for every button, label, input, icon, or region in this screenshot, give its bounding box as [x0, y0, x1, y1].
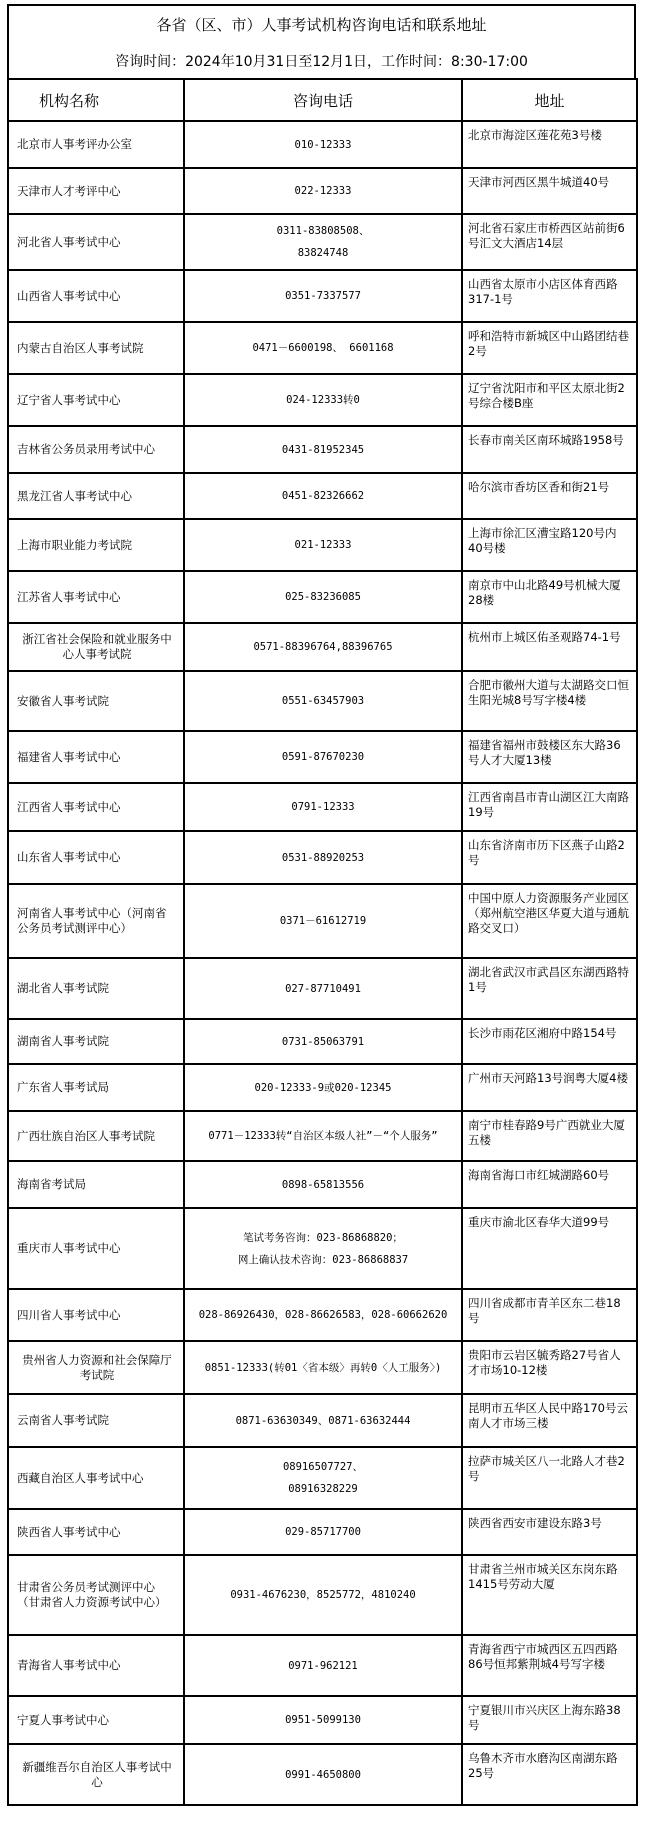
phone-number: 0871-63630349、0871-63632444	[191, 1410, 455, 1432]
table-row: 海南省考试局0898-65813556海南省海口市红城湖路60号	[8, 1161, 637, 1208]
phone-cell: 0898-65813556	[184, 1161, 462, 1208]
table-row: 江苏省人事考试中心025-83236085南京市中山北路49号机械大厦28楼	[8, 571, 637, 623]
address: 哈尔滨市香坊区香和街21号	[462, 473, 637, 519]
institution-name: 江西省人事考试中心	[8, 783, 184, 831]
institution-name: 西藏自治区人事考试中心	[8, 1447, 184, 1509]
phone-number: 0731-85063791	[191, 1031, 455, 1053]
table-row: 广西壮族自治区人事考试院0771－12333转“自治区本级人社”－“个人服务”南…	[8, 1111, 637, 1161]
institution-name: 安徽省人事考试院	[8, 671, 184, 731]
phone-cell: 0971-962121	[184, 1635, 462, 1696]
phone-number: 0311-83808508、	[191, 220, 455, 242]
address: 广州市天河路13号润粤大厦4楼	[462, 1064, 637, 1111]
phone-number: 0431-81952345	[191, 439, 455, 461]
table-row: 吉林省公务员录用考试中心0431-81952345长春市南关区南环城路1958号	[8, 426, 637, 473]
institution-name: 吉林省公务员录用考试中心	[8, 426, 184, 473]
phone-number: 83824748	[191, 242, 455, 264]
table-row: 浙江省社会保险和就业服务中心人事考试院0571-88396764,8839676…	[8, 623, 637, 671]
institution-name: 江苏省人事考试中心	[8, 571, 184, 623]
phone-cell: 0771－12333转“自治区本级人社”－“个人服务”	[184, 1111, 462, 1161]
table-row: 湖南省人事考试院0731-85063791长沙市雨花区湘府中路154号	[8, 1019, 637, 1064]
phone-cell: 029-85717700	[184, 1509, 462, 1555]
table-row: 湖北省人事考试院027-87710491湖北省武汉市武昌区东湖西路特1号	[8, 958, 637, 1019]
phone-cell: 022-12333	[184, 168, 462, 214]
table-row: 安徽省人事考试院0551-63457903合肥市徽州大道与太湖路交口恒生阳光城8…	[8, 671, 637, 731]
table-header-row: 机构名称 咨询电话 地址	[8, 79, 637, 121]
phone-number: 0571-88396764,88396765	[191, 636, 455, 658]
phone-cell: 025-83236085	[184, 571, 462, 623]
phone-number: 08916328229	[191, 1478, 455, 1500]
phone-number: 0991-4650800	[191, 1764, 455, 1786]
institution-name: 内蒙古自治区人事考试院	[8, 322, 184, 374]
address: 昆明市五华区人民中路170号云南人才市场三楼	[462, 1394, 637, 1447]
table-row: 四川省人事考试中心028-86926430，028-86626583，028-6…	[8, 1289, 637, 1341]
phone-number: 0791-12333	[191, 796, 455, 818]
phone-cell: 笔试考务咨询：023-86868820；网上确认技术咨询：023-8686883…	[184, 1208, 462, 1289]
phone-cell: 0951-5099130	[184, 1696, 462, 1744]
address: 甘肃省兰州市城关区东岗东路1415号劳动大厦	[462, 1555, 637, 1635]
institution-name: 辽宁省人事考试中心	[8, 374, 184, 426]
phone-cell: 0591-87670230	[184, 731, 462, 783]
header-address: 地址	[462, 79, 637, 121]
institution-name: 宁夏人事考试中心	[8, 1696, 184, 1744]
phone-number: 025-83236085	[191, 586, 455, 608]
institution-name: 新疆维吾尔自治区人事考试中心	[8, 1744, 184, 1805]
table-row: 新疆维吾尔自治区人事考试中心0991-4650800乌鲁木齐市水磨沟区南湖东路2…	[8, 1744, 637, 1805]
contact-table-sheet: 各省（区、市）人事考试机构咨询电话和联系地址 咨询时间：2024年10月31日至…	[7, 4, 636, 1806]
phone-cell: 0551-63457903	[184, 671, 462, 731]
consultation-hours: 咨询时间：2024年10月31日至12月1日，工作时间：8:30-17:00	[9, 51, 634, 71]
phone-number: 024-12333转0	[191, 389, 455, 411]
phone-number: 0851-12333(转01〈省本级〉再转0〈人工服务〉)	[191, 1357, 455, 1379]
phone-number: 0351-7337577	[191, 285, 455, 307]
phone-number: 022-12333	[191, 180, 455, 202]
phone-number: 029-85717700	[191, 1521, 455, 1543]
phone-cell: 010-12333	[184, 121, 462, 168]
institution-name: 山西省人事考试中心	[8, 270, 184, 322]
table-row: 山东省人事考试中心0531-88920253山东省济南市历下区燕子山路2号	[8, 831, 637, 884]
header-institution-name: 机构名称	[8, 79, 184, 121]
phone-number: 笔试考务咨询：023-86868820；	[191, 1227, 455, 1249]
institution-name: 青海省人事考试中心	[8, 1635, 184, 1696]
address: 山东省济南市历下区燕子山路2号	[462, 831, 637, 884]
title-block: 各省（区、市）人事考试机构咨询电话和联系地址 咨询时间：2024年10月31日至…	[7, 4, 636, 78]
table-row: 甘肃省公务员考试测评中心（甘肃省人力资源考试中心）0931-4676230，85…	[8, 1555, 637, 1635]
phone-number: 028-86926430，028-86626583，028-60662620	[191, 1304, 455, 1326]
phone-number: 010-12333	[191, 134, 455, 156]
institution-name: 北京市人事考评办公室	[8, 121, 184, 168]
address: 合肥市徽州大道与太湖路交口恒生阳光城8号写字楼4楼	[462, 671, 637, 731]
address: 杭州市上城区佑圣观路74-1号	[462, 623, 637, 671]
institution-name: 广东省人事考试局	[8, 1064, 184, 1111]
table-row: 天津市人才考评中心022-12333天津市河西区黑牛城道40号	[8, 168, 637, 214]
institution-name: 浙江省社会保险和就业服务中心人事考试院	[8, 623, 184, 671]
institution-name: 黑龙江省人事考试中心	[8, 473, 184, 519]
phone-number: 0898-65813556	[191, 1174, 455, 1196]
phone-cell: 0451-82326662	[184, 473, 462, 519]
table-row: 福建省人事考试中心0591-87670230福建省福州市鼓楼区东大路36号人才大…	[8, 731, 637, 783]
table-row: 河北省人事考试中心0311-83808508、83824748河北省石家庄市桥西…	[8, 214, 637, 270]
phone-cell: 0931-4676230，8525772，4810240	[184, 1555, 462, 1635]
phone-cell: 020-12333-9或020-12345	[184, 1064, 462, 1111]
table-row: 辽宁省人事考试中心024-12333转0辽宁省沈阳市和平区太原北街2号综合楼B座	[8, 374, 637, 426]
address: 长春市南关区南环城路1958号	[462, 426, 637, 473]
table-row: 广东省人事考试局020-12333-9或020-12345广州市天河路13号润粤…	[8, 1064, 637, 1111]
phone-cell: 08916507727、08916328229	[184, 1447, 462, 1509]
header-phone: 咨询电话	[184, 79, 462, 121]
address: 北京市海淀区莲花苑3号楼	[462, 121, 637, 168]
address: 山西省太原市小店区体育西路317-1号	[462, 270, 637, 322]
institution-name: 上海市职业能力考试院	[8, 519, 184, 571]
address: 福建省福州市鼓楼区东大路36号人才大厦13楼	[462, 731, 637, 783]
table-row: 山西省人事考试中心0351-7337577山西省太原市小店区体育西路317-1号	[8, 270, 637, 322]
address: 海南省海口市红城湖路60号	[462, 1161, 637, 1208]
table-row: 重庆市人事考试中心笔试考务咨询：023-86868820；网上确认技术咨询：02…	[8, 1208, 637, 1289]
phone-number: 0371－61612719	[191, 910, 455, 932]
phone-number: 027-87710491	[191, 978, 455, 1000]
table-row: 陕西省人事考试中心029-85717700陕西省西安市建设东路3号	[8, 1509, 637, 1555]
phone-cell: 0351-7337577	[184, 270, 462, 322]
table-row: 河南省人事考试中心（河南省公务员考试测评中心）0371－61612719中国中原…	[8, 884, 637, 958]
phone-cell: 0471－6600198、 6601168	[184, 322, 462, 374]
institution-name: 重庆市人事考试中心	[8, 1208, 184, 1289]
phone-cell: 0851-12333(转01〈省本级〉再转0〈人工服务〉)	[184, 1341, 462, 1394]
institution-name: 陕西省人事考试中心	[8, 1509, 184, 1555]
institution-name: 甘肃省公务员考试测评中心（甘肃省人力资源考试中心）	[8, 1555, 184, 1635]
address: 湖北省武汉市武昌区东湖西路特1号	[462, 958, 637, 1019]
address: 呼和浩特市新城区中山路团结巷2号	[462, 322, 637, 374]
table-row: 内蒙古自治区人事考试院0471－6600198、 6601168呼和浩特市新城区…	[8, 322, 637, 374]
phone-cell: 0791-12333	[184, 783, 462, 831]
phone-cell: 0531-88920253	[184, 831, 462, 884]
address: 长沙市雨花区湘府中路154号	[462, 1019, 637, 1064]
table-row: 云南省人事考试院0871-63630349、0871-63632444昆明市五华…	[8, 1394, 637, 1447]
institution-name: 福建省人事考试中心	[8, 731, 184, 783]
phone-cell: 0571-88396764,88396765	[184, 623, 462, 671]
phone-number: 0471－6600198、 6601168	[191, 337, 455, 359]
address: 四川省成都市青羊区东二巷18号	[462, 1289, 637, 1341]
phone-number: 0951-5099130	[191, 1709, 455, 1731]
phone-cell: 0991-4650800	[184, 1744, 462, 1805]
address: 青海省西宁市城西区五四西路86号恒邦紫荆城4号写字楼	[462, 1635, 637, 1696]
table-row: 上海市职业能力考试院021-12333上海市徐汇区漕宝路120号内40号楼	[8, 519, 637, 571]
address: 河北省石家庄市桥西区站前街6号汇文大酒店14层	[462, 214, 637, 270]
address: 贵阳市云岩区毓秀路27号省人才市场10-12楼	[462, 1341, 637, 1394]
phone-number: 0551-63457903	[191, 690, 455, 712]
phone-cell: 0311-83808508、83824748	[184, 214, 462, 270]
table-row: 北京市人事考评办公室010-12333北京市海淀区莲花苑3号楼	[8, 121, 637, 168]
contact-table: 机构名称 咨询电话 地址 北京市人事考评办公室010-12333北京市海淀区莲花…	[7, 78, 638, 1806]
address: 南京市中山北路49号机械大厦28楼	[462, 571, 637, 623]
phone-number: 0771－12333转“自治区本级人社”－“个人服务”	[191, 1125, 455, 1147]
phone-cell: 0371－61612719	[184, 884, 462, 958]
phone-number: 0451-82326662	[191, 485, 455, 507]
institution-name: 湖北省人事考试院	[8, 958, 184, 1019]
institution-name: 山东省人事考试中心	[8, 831, 184, 884]
institution-name: 贵州省人力资源和社会保障厅考试院	[8, 1341, 184, 1394]
phone-number: 020-12333-9或020-12345	[191, 1077, 455, 1099]
table-row: 江西省人事考试中心0791-12333江西省南昌市青山湖区江大南路19号	[8, 783, 637, 831]
phone-number: 021-12333	[191, 534, 455, 556]
institution-name: 河南省人事考试中心（河南省公务员考试测评中心）	[8, 884, 184, 958]
address: 重庆市渝北区春华大道99号	[462, 1208, 637, 1289]
institution-name: 广西壮族自治区人事考试院	[8, 1111, 184, 1161]
phone-number: 0931-4676230，8525772，4810240	[191, 1584, 455, 1606]
table-row: 贵州省人力资源和社会保障厅考试院0851-12333(转01〈省本级〉再转0〈人…	[8, 1341, 637, 1394]
institution-name: 四川省人事考试中心	[8, 1289, 184, 1341]
address: 天津市河西区黑牛城道40号	[462, 168, 637, 214]
phone-number: 08916507727、	[191, 1456, 455, 1478]
address: 上海市徐汇区漕宝路120号内40号楼	[462, 519, 637, 571]
institution-name: 海南省考试局	[8, 1161, 184, 1208]
address: 宁夏银川市兴庆区上海东路38号	[462, 1696, 637, 1744]
address: 乌鲁木齐市水磨沟区南湖东路25号	[462, 1744, 637, 1805]
address: 拉萨市城关区八一北路人才巷2号	[462, 1447, 637, 1509]
phone-cell: 028-86926430，028-86626583，028-60662620	[184, 1289, 462, 1341]
phone-cell: 027-87710491	[184, 958, 462, 1019]
page-title: 各省（区、市）人事考试机构咨询电话和联系地址	[9, 14, 634, 35]
address: 陕西省西安市建设东路3号	[462, 1509, 637, 1555]
address: 中国中原人力资源服务产业园区（郑州航空港区华夏大道与通航路交叉口）	[462, 884, 637, 958]
table-row: 青海省人事考试中心0971-962121青海省西宁市城西区五四西路86号恒邦紫荆…	[8, 1635, 637, 1696]
table-row: 宁夏人事考试中心0951-5099130宁夏银川市兴庆区上海东路38号	[8, 1696, 637, 1744]
table-row: 西藏自治区人事考试中心08916507727、08916328229拉萨市城关区…	[8, 1447, 637, 1509]
phone-cell: 0731-85063791	[184, 1019, 462, 1064]
phone-cell: 0871-63630349、0871-63632444	[184, 1394, 462, 1447]
institution-name: 河北省人事考试中心	[8, 214, 184, 270]
address: 辽宁省沈阳市和平区太原北街2号综合楼B座	[462, 374, 637, 426]
phone-number: 0591-87670230	[191, 746, 455, 768]
table-row: 黑龙江省人事考试中心0451-82326662哈尔滨市香坊区香和街21号	[8, 473, 637, 519]
address: 江西省南昌市青山湖区江大南路19号	[462, 783, 637, 831]
phone-cell: 024-12333转0	[184, 374, 462, 426]
phone-cell: 0431-81952345	[184, 426, 462, 473]
phone-number: 网上确认技术咨询：023-86868837	[191, 1249, 455, 1271]
institution-name: 云南省人事考试院	[8, 1394, 184, 1447]
phone-cell: 021-12333	[184, 519, 462, 571]
institution-name: 天津市人才考评中心	[8, 168, 184, 214]
institution-name: 湖南省人事考试院	[8, 1019, 184, 1064]
phone-number: 0531-88920253	[191, 847, 455, 869]
address: 南宁市桂春路9号广西就业大厦五楼	[462, 1111, 637, 1161]
phone-number: 0971-962121	[191, 1655, 455, 1677]
